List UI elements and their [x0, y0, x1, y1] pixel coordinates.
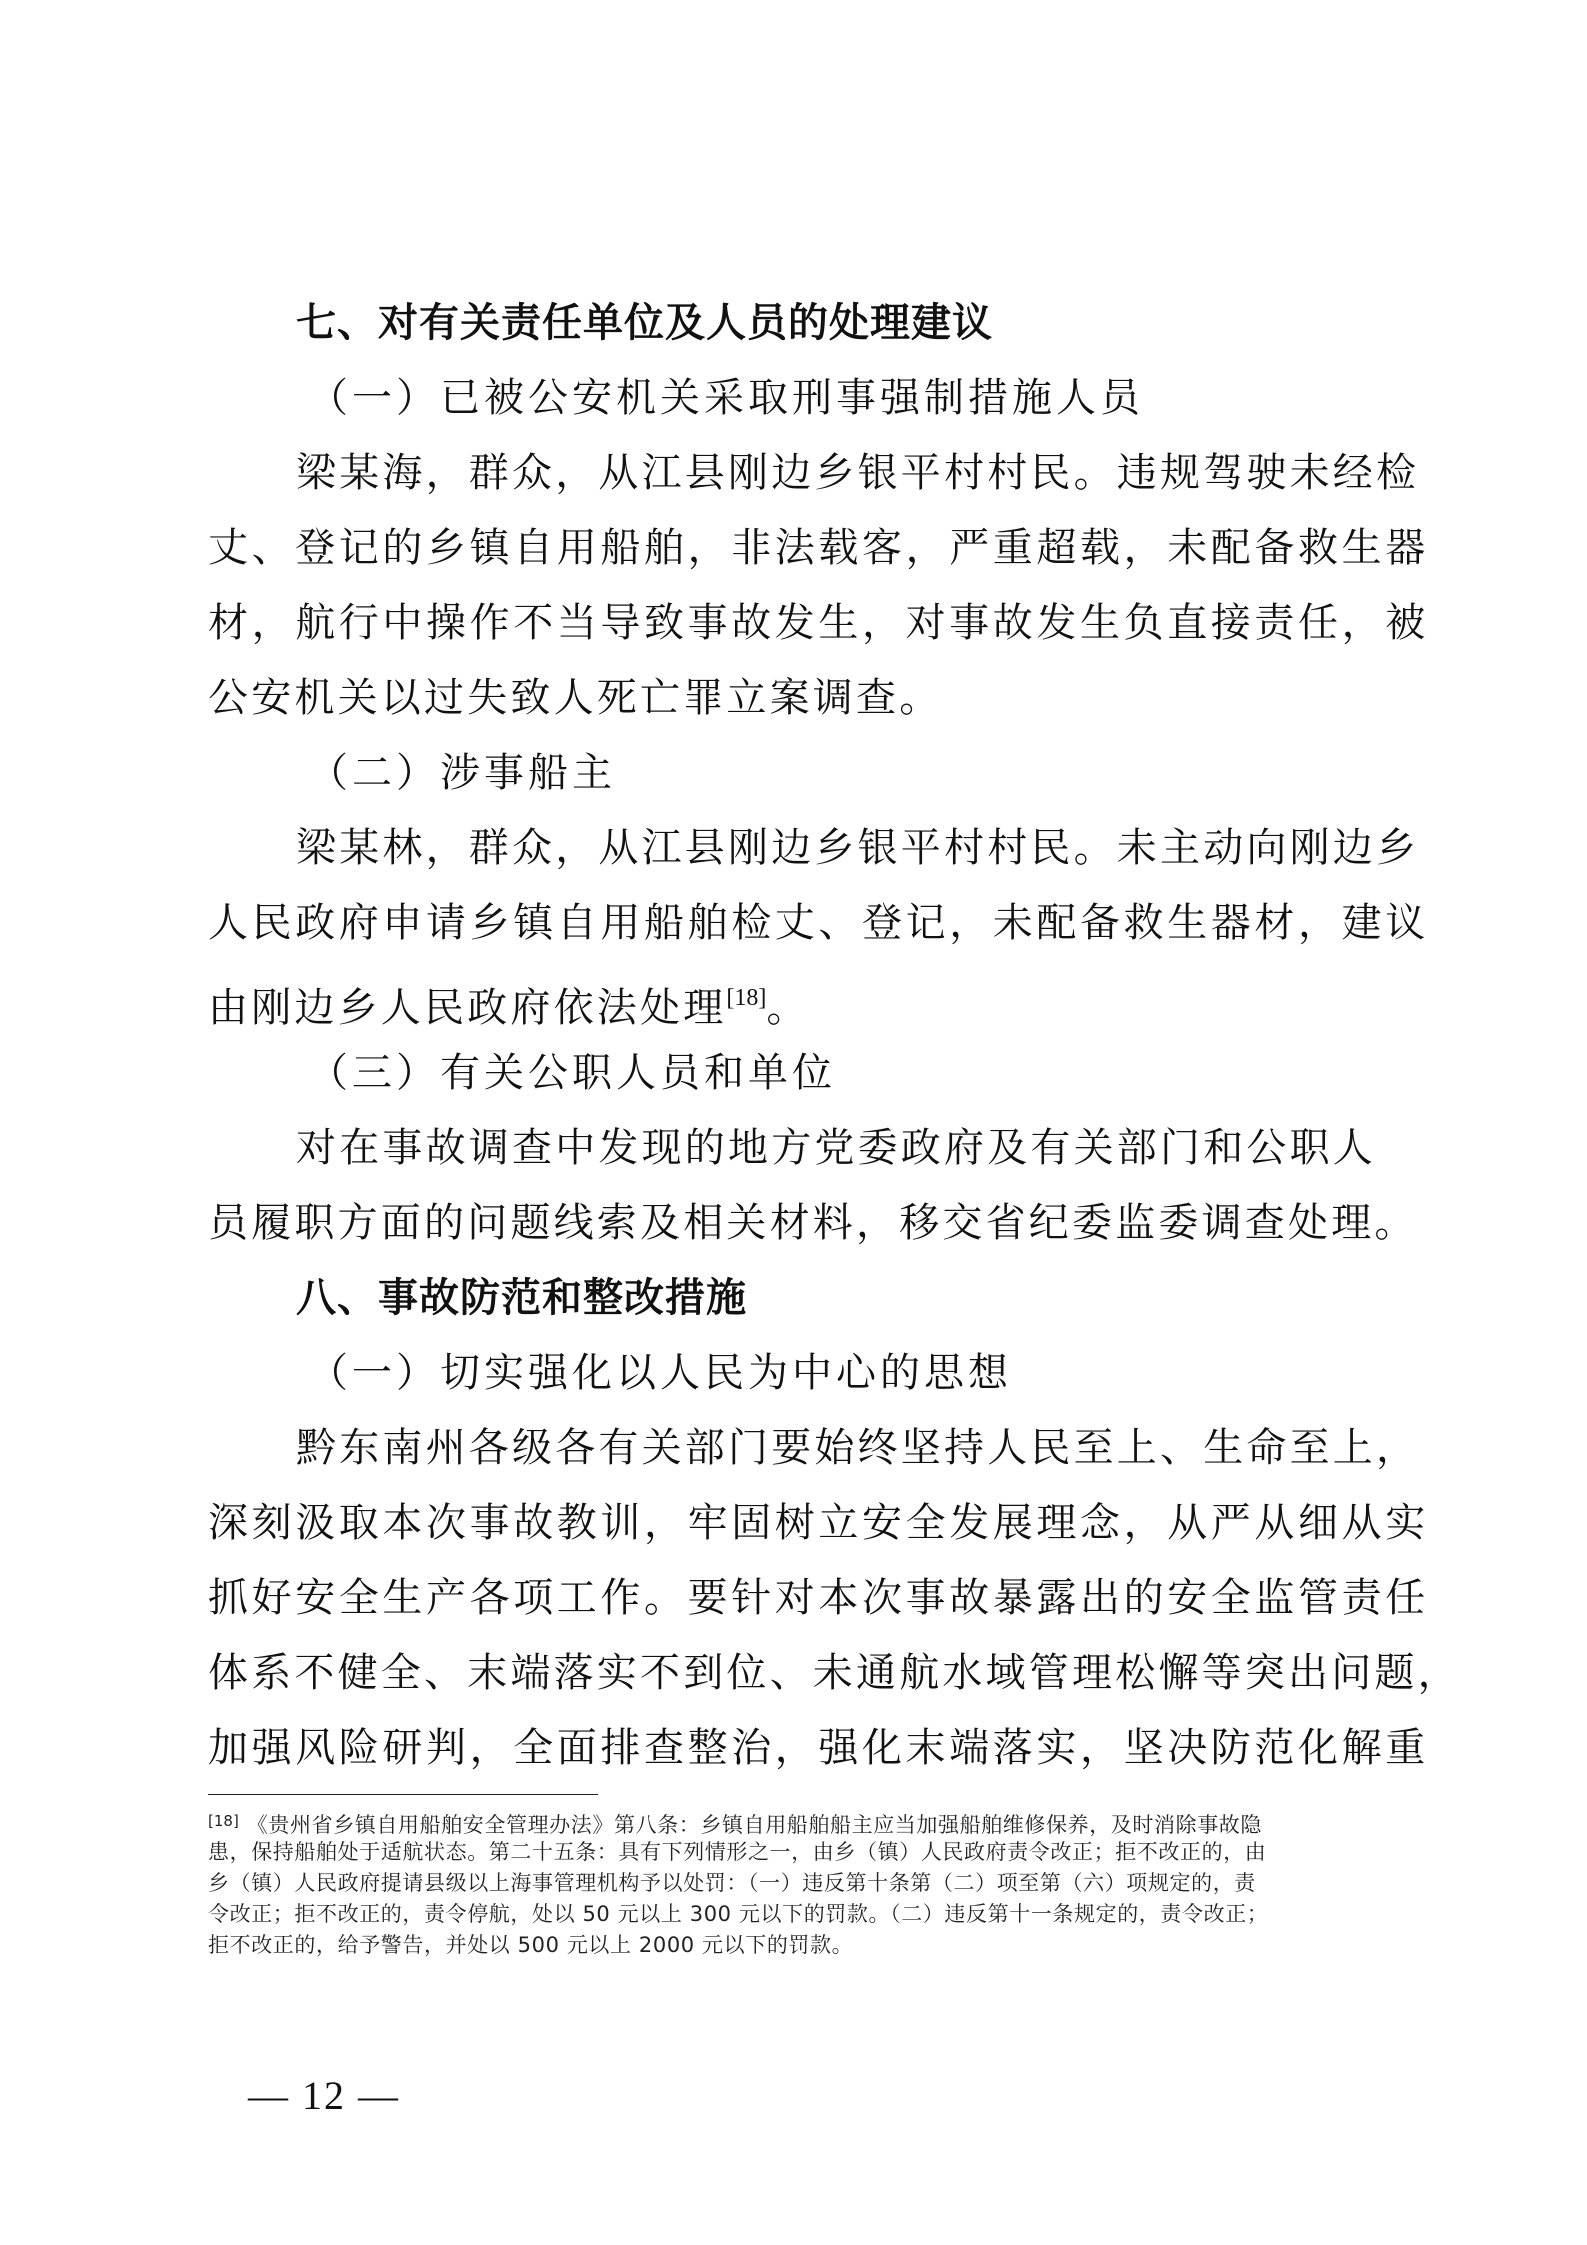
paragraph-line: 丈、登记的乡镇自用船舶，非法载客，严重超载，未配备救生器	[208, 511, 1398, 586]
paragraph-line: 梁某海，群众，从江县刚边乡银平村村民。违规驾驶未经检	[208, 436, 1398, 511]
paragraph-line: 黔东南州各级各有关部门要始终坚持人民至上、生命至上，	[208, 1411, 1398, 1486]
subsection-heading-7-3: （三）有关公职人员和单位	[208, 1036, 1398, 1111]
footnote-line: [18]《贵州省乡镇自用船舶安全管理办法》第八条：乡镇自用船舶船主应当加强船舶维…	[208, 1806, 1398, 1837]
paragraph-line-with-footnote: 由刚边乡人民政府依法处理[18]。	[208, 961, 1398, 1036]
section-heading-8: 八、事故防范和整改措施	[208, 1261, 1398, 1336]
footnote-text: 《贵州省乡镇自用船舶安全管理办法》第八条：乡镇自用船舶船主应当加强船舶维修保养，…	[247, 1813, 1262, 1837]
document-page: 七、对有关责任单位及人员的处理建议 （一）已被公安机关采取刑事强制措施人员 梁某…	[0, 0, 1587, 2245]
paragraph-line: 材，航行中操作不当导致事故发生，对事故发生负直接责任，被	[208, 586, 1398, 661]
paragraph-line: 人民政府申请乡镇自用船舶检丈、登记，未配备救生器材，建议	[208, 886, 1398, 961]
paragraph-line: 体系不健全、末端落实不到位、未通航水域管理松懈等突出问题，	[208, 1636, 1398, 1711]
footnote-line: 拒不改正的，给予警告，并处以 500 元以上 2000 元以下的罚款。	[208, 1930, 1398, 1961]
paragraph-text: 由刚边乡人民政府依法处理	[208, 985, 726, 1031]
paragraph-line: 公安机关以过失致人死亡罪立案调查。	[208, 661, 1398, 736]
paragraph-line: 员履职方面的问题线索及相关材料，移交省纪委监委调查处理。	[208, 1186, 1398, 1261]
paragraph-tail: 。	[766, 985, 809, 1031]
paragraph-line: 梁某林，群众，从江县刚边乡银平村村民。未主动向刚边乡	[208, 811, 1398, 886]
footnote-18: [18]《贵州省乡镇自用船舶安全管理办法》第八条：乡镇自用船舶船主应当加强船舶维…	[208, 1806, 1398, 1961]
paragraph-line: 对在事故调查中发现的地方党委政府及有关部门和公职人	[208, 1111, 1398, 1186]
paragraph-line: 深刻汲取本次事故教训，牢固树立安全发展理念，从严从细从实	[208, 1486, 1398, 1561]
footnote-mark: [18]	[208, 1812, 239, 1830]
page-number: — 12 —	[248, 2072, 400, 2119]
footnote-line: 患，保持船舶处于适航状态。第二十五条：具有下列情形之一，由乡（镇）人民政府责令改…	[208, 1837, 1398, 1868]
body-content: 七、对有关责任单位及人员的处理建议 （一）已被公安机关采取刑事强制措施人员 梁某…	[208, 286, 1398, 1786]
footnote-line: 乡（镇）人民政府提请县级以上海事管理机构予以处罚：（一）违反第十条第（二）项至第…	[208, 1868, 1398, 1899]
paragraph-line: 加强风险研判，全面排查整治，强化末端落实，坚决防范化解重	[208, 1711, 1398, 1786]
paragraph-line: 抓好安全生产各项工作。要针对本次事故暴露出的安全监管责任	[208, 1561, 1398, 1636]
subsection-heading-7-1: （一）已被公安机关采取刑事强制措施人员	[208, 361, 1398, 436]
subsection-heading-7-2: （二）涉事船主	[208, 736, 1398, 811]
footnote-separator	[208, 1794, 598, 1795]
footnote-line: 令改正；拒不改正的，责令停航，处以 50 元以上 300 元以下的罚款。（二）违…	[208, 1899, 1398, 1930]
section-heading-7: 七、对有关责任单位及人员的处理建议	[208, 286, 1398, 361]
footnote-reference-link[interactable]: [18]	[726, 985, 766, 1011]
subsection-heading-8-1: （一）切实强化以人民为中心的思想	[208, 1336, 1398, 1411]
